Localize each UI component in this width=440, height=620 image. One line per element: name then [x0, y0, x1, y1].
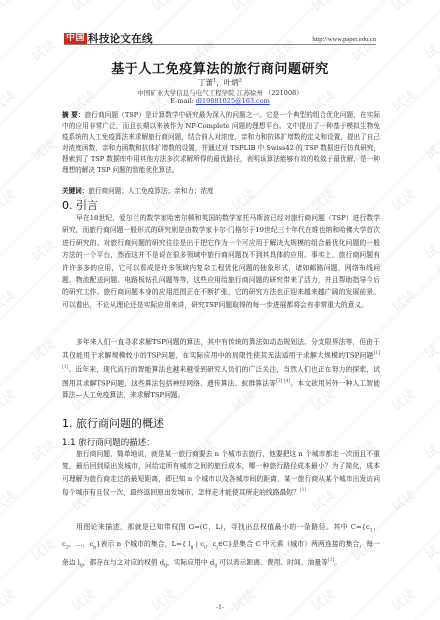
intro-paragraph-1: 早在18世纪，爱尔兰的数学家哈密尔顿和英国的数学家托马斯波已经对旅行商问题（TS…	[62, 212, 380, 311]
page-number: -1-	[0, 604, 440, 611]
keywords-label: 关键词：	[62, 187, 88, 195]
overview-paragraph-1: 旅行商问题，简单地说，就是某一旅行商要去 n 个城市去旅行，他要把这 n 个城市…	[62, 448, 380, 499]
logo-china-badge: 中国	[64, 33, 87, 44]
paragraph-text: ，c	[206, 540, 217, 548]
citation-link[interactable]: [3] [4]	[276, 379, 290, 384]
overview-paragraph-2: 用图论来描述，那就是已知带权图 G=(C，L)，寻找出总权值最小的一条路径。其中…	[62, 521, 380, 573]
paragraph-text: }表示 n 个城市的集合，L={ l	[96, 540, 190, 548]
email-link[interactable]: dl19881025@163.com	[196, 97, 270, 105]
abstract-text: 旅行商问题（TSP）是计算数学中研究最为深入的问题之一。它是一个典型的组合优化问…	[62, 111, 380, 174]
paragraph-text: ，实际应用中 d	[167, 558, 214, 566]
citation-link[interactable]: [1]	[300, 488, 306, 493]
keywords-text: 旅行商问题；人工免疫算法；亲和力；浓度	[88, 187, 213, 195]
affiliation: 中国矿业大学信息与电气工程学院 江苏徐州 （221008）	[0, 88, 440, 97]
journal-header: 中国 科技论文在线 http://www.paper.edu.cn	[64, 31, 376, 45]
subsection-heading-description: 1.1 旅行商问题的描述：	[62, 436, 155, 448]
author-name: 叶炳	[224, 78, 239, 87]
paragraph-text: ，都存在与之对应的权值 d	[83, 558, 164, 566]
section-heading-intro: 0. 引言	[62, 197, 98, 213]
paragraph-text: 旅行商问题，简单地说，就是某一旅行商要去 n 个城市去旅行，他要把这 n 个城市…	[62, 450, 380, 496]
document-page: 中国 科技论文在线 http://www.paper.edu.cn 基于人工免疫…	[0, 0, 440, 620]
author-line: 丁蕾1，叶炳2	[0, 77, 440, 88]
paragraph-text: 用图论来描述，那就是已知带权图 G=(C，L)，寻找出总权值最小的一条路径。其中…	[76, 523, 370, 531]
author-name: 丁蕾	[198, 78, 213, 87]
email-label: E-mail:	[170, 97, 196, 105]
paper-title: 基于人工免疫算法的旅行商问题研究	[0, 58, 440, 77]
paragraph-text: 多年来人们一直寻求求解TSP问题的算法，其中有传统的算法如动态规划法、分支限界法…	[62, 338, 380, 360]
author-affil-mark: 2	[239, 78, 242, 84]
email-line: E-mail: dl19881025@163.com	[0, 97, 440, 105]
paragraph-text: 。	[334, 558, 341, 566]
intro-paragraph-2: 多年来人们一直寻求求解TSP问题的算法，其中有传统的算法如动态规划法、分支限界法…	[62, 336, 380, 402]
paragraph-text: 可以表示距离、费用、时间、油量等	[217, 558, 328, 566]
section-heading-overview: 1. 旅行商问题的概述	[62, 415, 164, 431]
abstract: 摘 要：旅行商问题（TSP）是计算数学中研究最为深入的问题之一。它是一个典型的组…	[62, 110, 380, 176]
logo-text: 科技论文在线	[88, 33, 153, 45]
author-separator: ，	[216, 78, 224, 87]
header-divider	[64, 44, 376, 45]
keywords: 关键词：旅行商问题；人工免疫算法；亲和力；浓度	[62, 186, 380, 196]
paragraph-text: | c	[193, 540, 204, 548]
paragraph-text: ，…，c	[69, 540, 94, 548]
abstract-label: 摘 要：	[62, 111, 85, 119]
